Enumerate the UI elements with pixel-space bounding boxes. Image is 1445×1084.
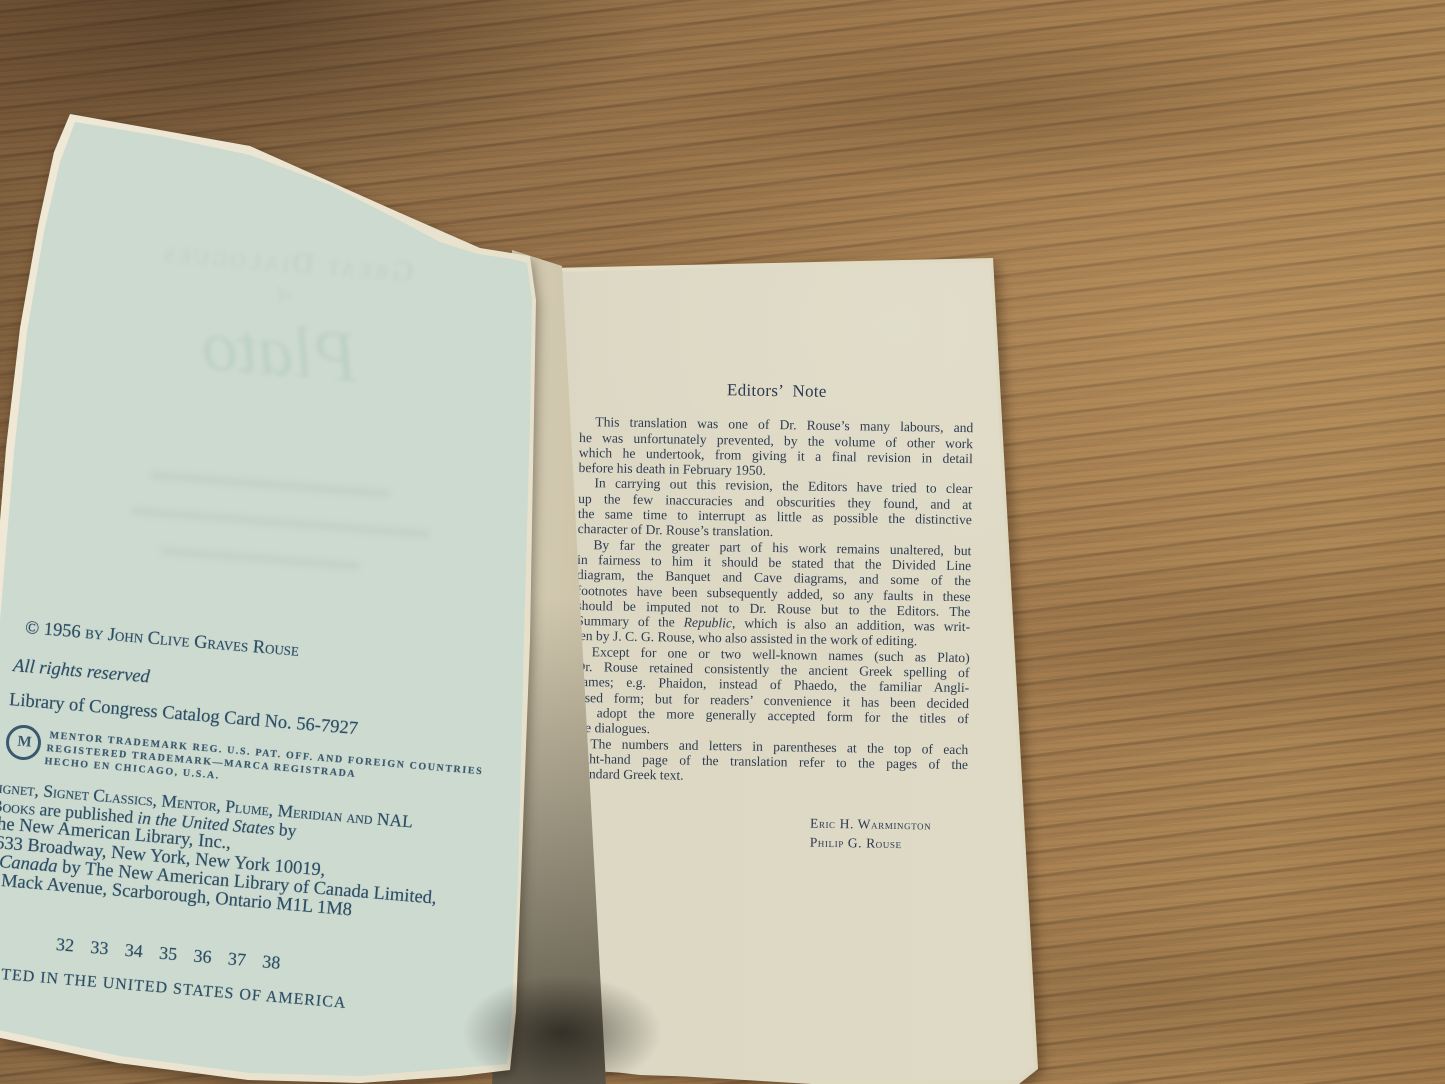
showthrough-ghost-title: Great Dialogues of Plato [57,229,492,600]
book-photo: Editors’ Note This translation was one o… [0,0,1445,1084]
spine-bottom-shadow [462,975,662,1084]
